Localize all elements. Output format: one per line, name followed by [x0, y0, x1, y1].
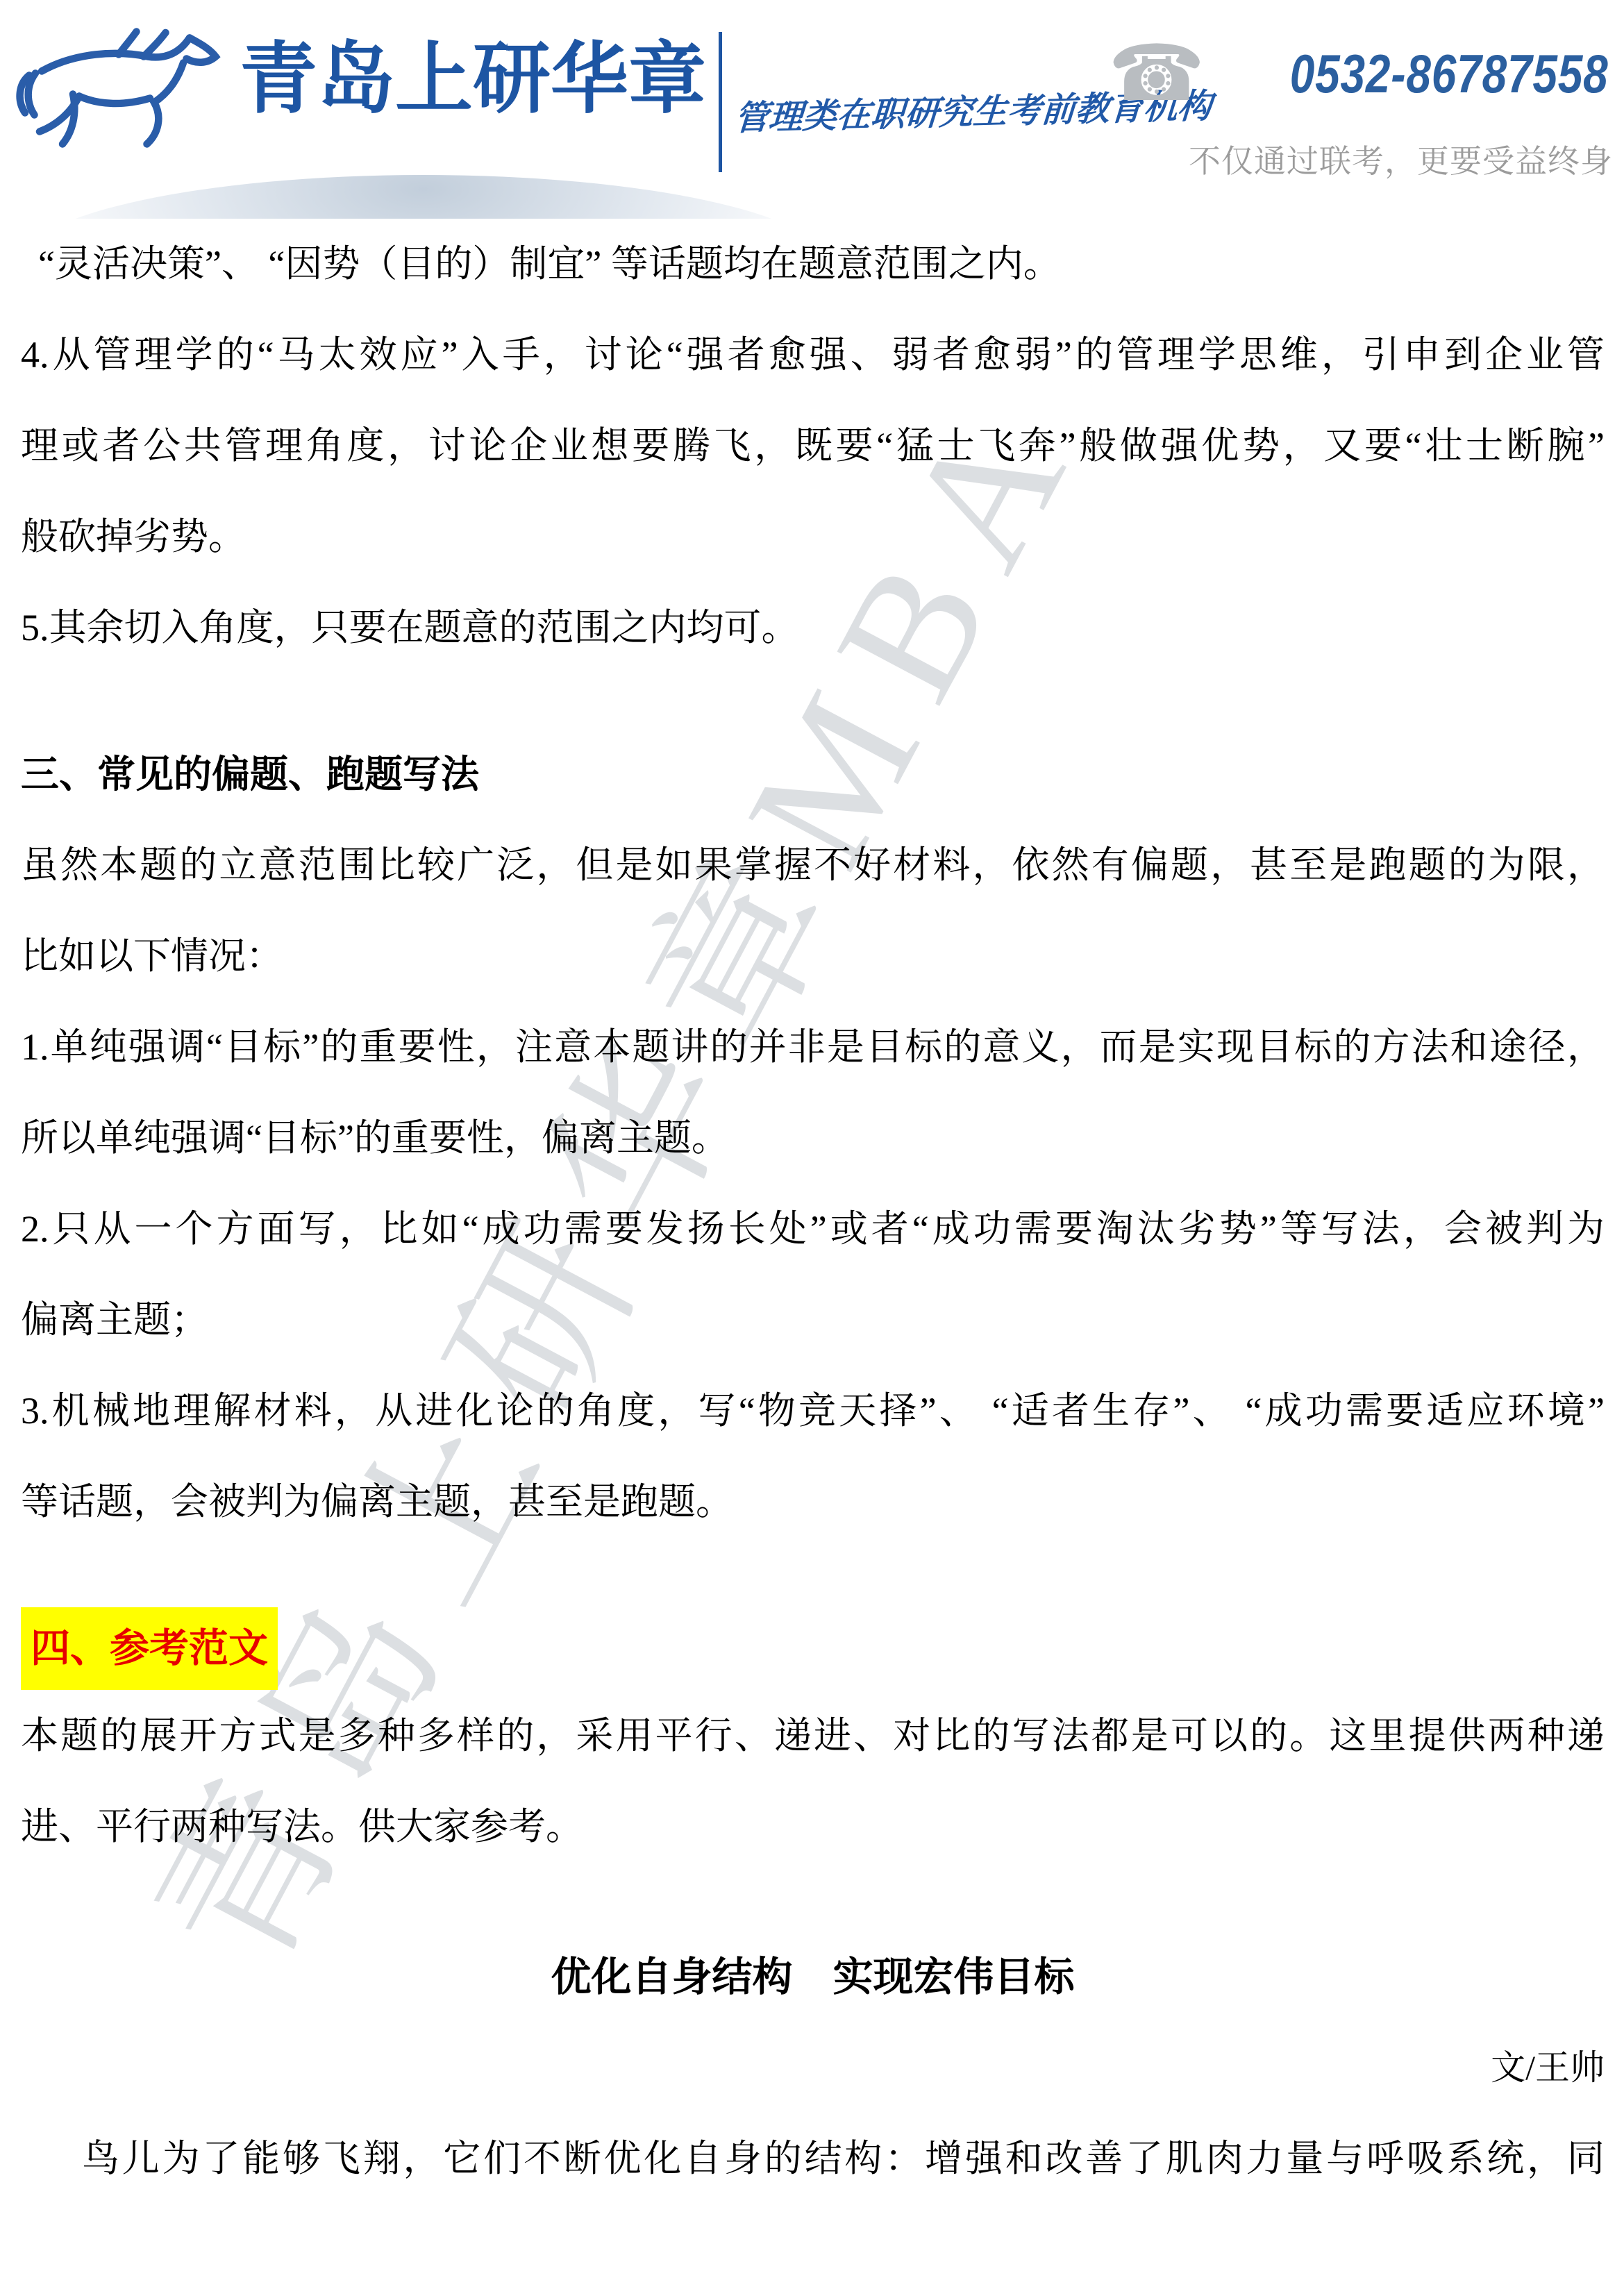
body-line: “灵活决策”、 “因势（目的）制宜” 等话题均在题意范围之内。: [21, 219, 1605, 310]
body-line: 虽然本题的立意范围比较广泛，但是如果掌握不好材料，依然有偏题，甚至是跑题的为限，: [21, 820, 1605, 911]
body-line: 2.只从一个方面写，比如“成功需要发扬长处”或者“成功需要淘汰劣势”等写法，会被…: [21, 1184, 1605, 1275]
document-body: “灵活决策”、 “因势（目的）制宜” 等话题均在题意范围之内。 4.从管理学的“…: [0, 219, 1624, 2204]
body-line: 般砍掉劣势。: [21, 492, 1605, 583]
body-line: 进、平行两种写法。供大家参考。: [21, 1782, 1605, 1872]
running-horse-icon: [10, 19, 240, 169]
brand-name: 青岛上研华章: [240, 40, 706, 118]
highlight-heading-line: 四、参考范文: [21, 1600, 1605, 1691]
telephone-icon: ☎: [1108, 35, 1205, 112]
body-line: 鸟儿为了能够飞翔，它们不断优化自身的结构：增强和改善了肌肉力量与呼吸系统，同: [21, 2113, 1605, 2204]
contact-block: ☎ 0532-86787558: [1108, 35, 1609, 112]
body-line: 等话题，会被判为偏离主题，甚至是跑题。: [21, 1457, 1605, 1548]
body-line: 5.其余切入角度，只要在题意的范围之内均可。: [21, 583, 1605, 673]
header: 青岛上研华章 管理类在职研究生考前教育机构 ☎ 0532-86787558 不仅…: [0, 0, 1624, 219]
phone-number: 0532-86787558: [1290, 42, 1609, 106]
body-line: 比如以下情况：: [21, 911, 1605, 1002]
document-page: 青岛上研华章MBA 青岛上研华章 管理类在职研究生考前教育机构 ☎ 0532-8…: [0, 0, 1624, 2296]
header-swoosh-decoration: [17, 175, 830, 219]
body-line: 1.单纯强调“目标”的重要性，注意本题讲的并非是目标的意义，而是实现目标的方法和…: [21, 1002, 1605, 1093]
body-line: 3.机械地理解材料，从进化论的角度，写“物竞天择”、 “适者生存”、 “成功需要…: [21, 1366, 1605, 1457]
body-line: 所以单纯强调“目标”的重要性，偏离主题。: [21, 1093, 1605, 1184]
byline: 文/王帅: [21, 2022, 1605, 2113]
section-heading: 三、常见的偏题、跑题写法: [21, 729, 1605, 820]
header-divider: [719, 32, 722, 172]
body-line: 4.从管理学的“马太效应”入手，讨论“强者愈强、弱者愈弱”的管理学思维，引申到企…: [21, 310, 1605, 401]
essay-title: 优化自身结构 实现宏伟目标: [21, 1932, 1605, 2022]
body-line: 偏离主题；: [21, 1275, 1605, 1366]
body-line: 本题的展开方式是多种多样的，采用平行、递进、对比的写法都是可以的。这里提供两种递: [21, 1691, 1605, 1782]
header-slogan: 不仅通过联考，更要受益终身: [1189, 136, 1613, 182]
body-line: 理或者公共管理角度，讨论企业想要腾飞，既要“猛士飞奔”般做强优势，又要“壮士断腕…: [21, 401, 1605, 492]
highlight-heading: 四、参考范文: [21, 1607, 278, 1690]
